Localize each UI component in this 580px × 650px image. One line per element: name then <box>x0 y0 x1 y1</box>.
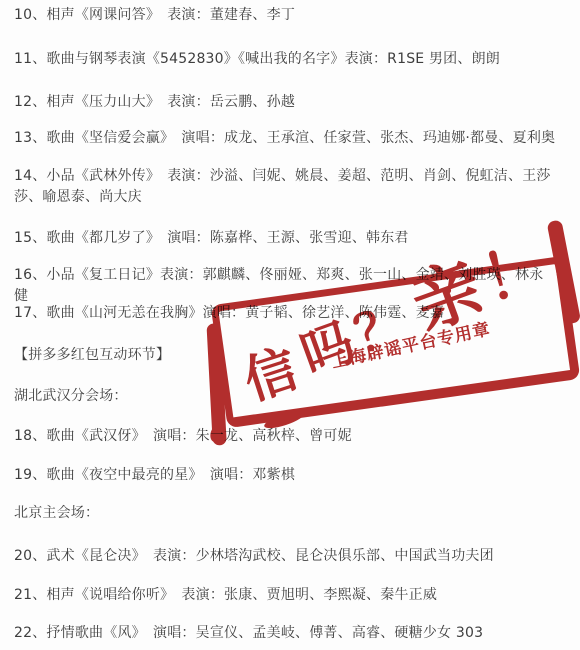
program-item-18: 18、歌曲《武汉伢》 演唱：朱一龙、高秋梓、曾可妮 <box>14 426 556 447</box>
program-item-19: 19、歌曲《夜空中最亮的星》 演唱：邓紫棋 <box>14 465 556 486</box>
program-item-20: 20、武术《昆仑决》 表演：少林塔沟武校、昆仑决俱乐部、中国武当功夫团 <box>14 546 556 567</box>
program-item-17: 17、歌曲《山河无恙在我胸》演唱：黄子韬、徐艺洋、陈伟霆、麦嘉 <box>14 303 556 324</box>
venue-heading-wuhan: 湖北武汉分会场： <box>14 386 556 407</box>
program-item-10: 10、相声《网课问答》 表演：董建春、李丁 <box>14 5 556 26</box>
venue-heading-beijing: 北京主会场： <box>14 503 556 524</box>
section-heading-pinduoduo: 【拼多多红包互动环节】 <box>14 345 556 366</box>
program-item-21: 21、相声《说唱给你听》 表演：张康、贾旭明、李熙凝、秦牛正威 <box>14 585 556 606</box>
program-item-16: 16、小品《复工日记》表演：郭麒麟、佟丽娅、郑爽、张一山、金靖、刘胜瑛、林永健 <box>14 265 556 307</box>
program-item-22: 22、抒情歌曲《风》 演唱：吴宣仪、孟美岐、傅菁、高睿、硬糖少女 303 <box>14 623 556 644</box>
document-page: 10、相声《网课问答》 表演：董建春、李丁 11、歌曲与钢琴表演《5452830… <box>0 0 580 650</box>
program-item-14: 14、小品《武林外传》 表演：沙溢、闫妮、姚晨、姜超、范明、肖剑、倪虹洁、王莎莎… <box>14 166 556 208</box>
program-item-11: 11、歌曲与钢琴表演《5452830》《喊出我的名字》表演：R1SE 男团、朗朗 <box>14 49 556 70</box>
program-item-12: 12、相声《压力山大》 表演：岳云鹏、孙越 <box>14 92 556 113</box>
program-item-13: 13、歌曲《坚信爱会赢》 演唱：成龙、王承渲、任家萱、张杰、玛迪娜·都曼、夏利奥 <box>14 128 556 149</box>
program-item-15: 15、歌曲《都几岁了》 演唱：陈嘉桦、王源、张雪迎、韩东君 <box>14 228 556 249</box>
